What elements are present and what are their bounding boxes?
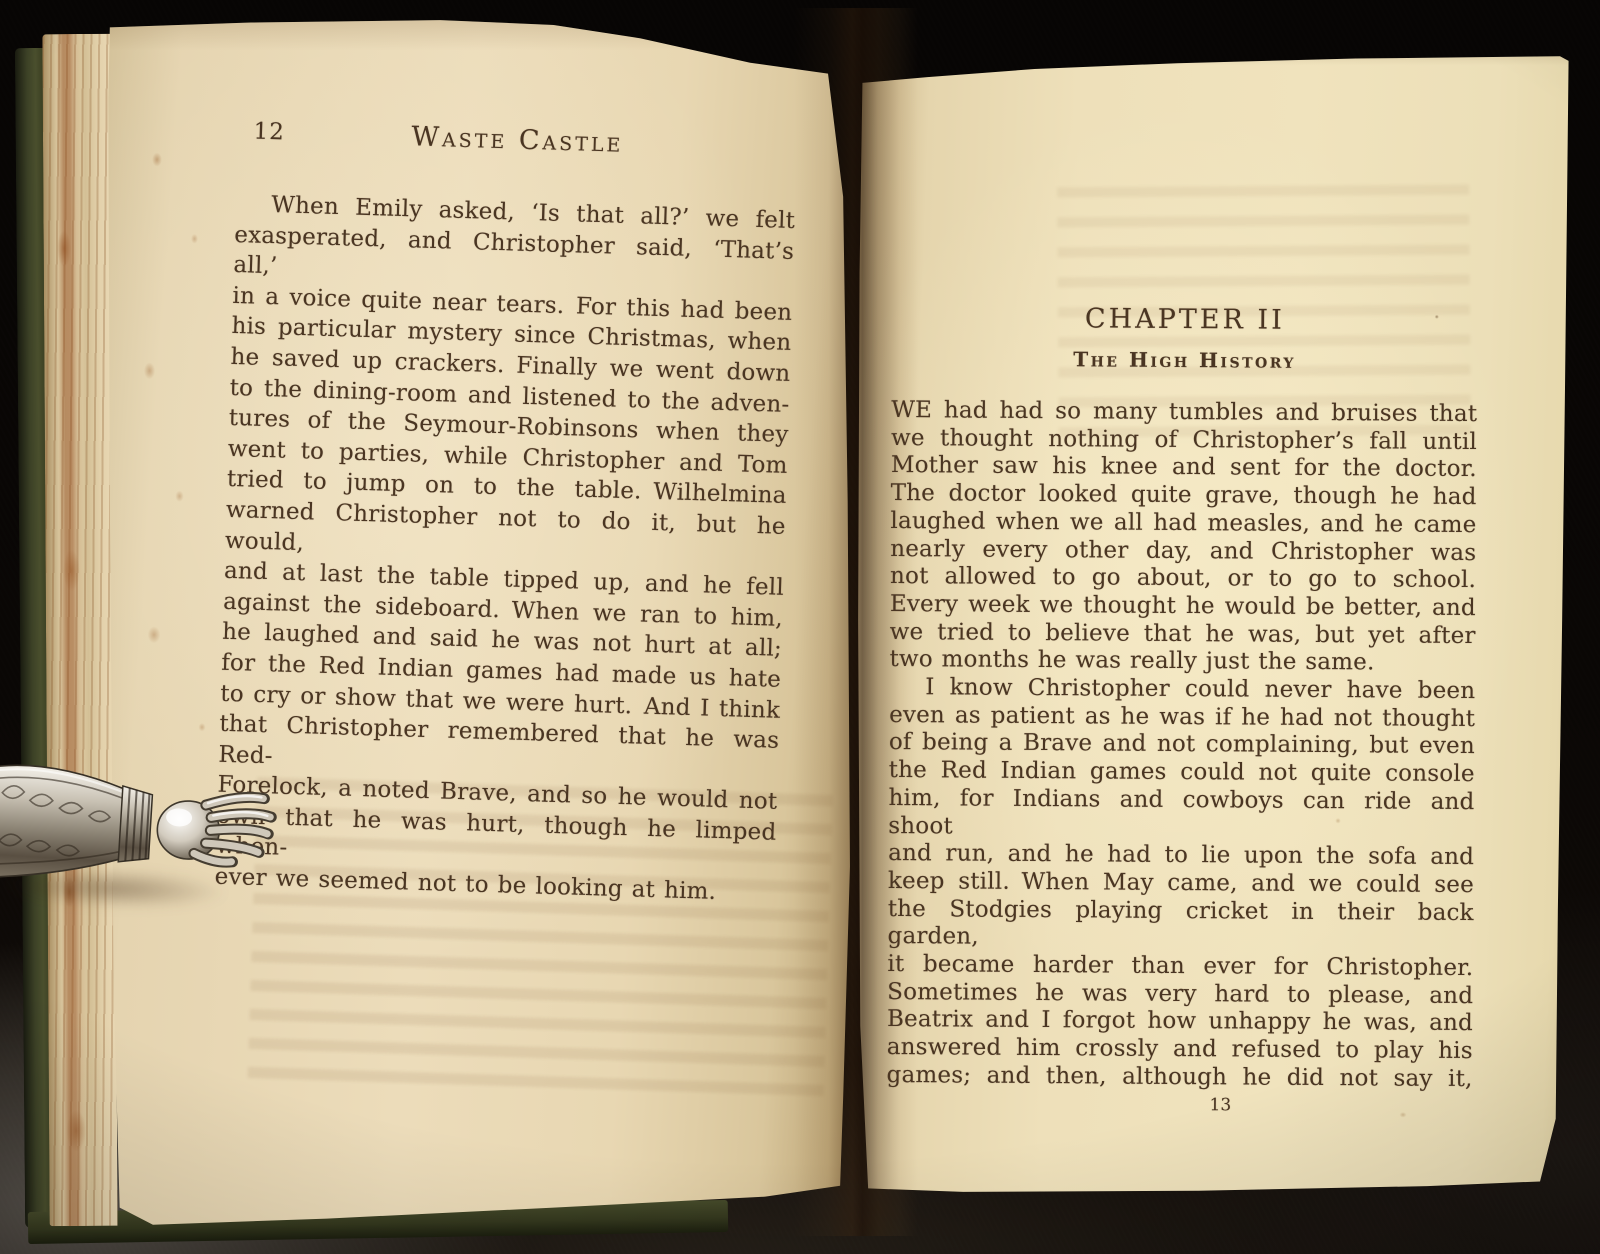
chapter-heading: CHAPTER II xyxy=(892,302,1478,337)
bookmark-body xyxy=(0,764,274,894)
hand-finial-fingers xyxy=(193,793,272,865)
page-number-right: 13 xyxy=(886,1093,1472,1117)
right-page-text: CHAPTER II The High History WE had had s… xyxy=(886,302,1478,1117)
right-paragraph-1: WE had had so many tumbles and bruises t… xyxy=(889,397,1477,678)
silver-page-turner xyxy=(0,748,288,918)
chapter-subtitle: The High History xyxy=(892,346,1478,374)
page-number-left: 12 xyxy=(253,118,285,145)
left-paragraph: When Emily asked, ‘Is that all?’ we felt… xyxy=(214,189,795,909)
left-page-text: 12 Waste Castle When Emily asked, ‘Is th… xyxy=(214,116,797,909)
book-photograph: 12 Waste Castle When Emily asked, ‘Is th… xyxy=(0,0,1600,1254)
page-edges-foxed xyxy=(42,34,117,1226)
right-paragraph-2: I know Christopher could never have been… xyxy=(887,674,1476,1094)
